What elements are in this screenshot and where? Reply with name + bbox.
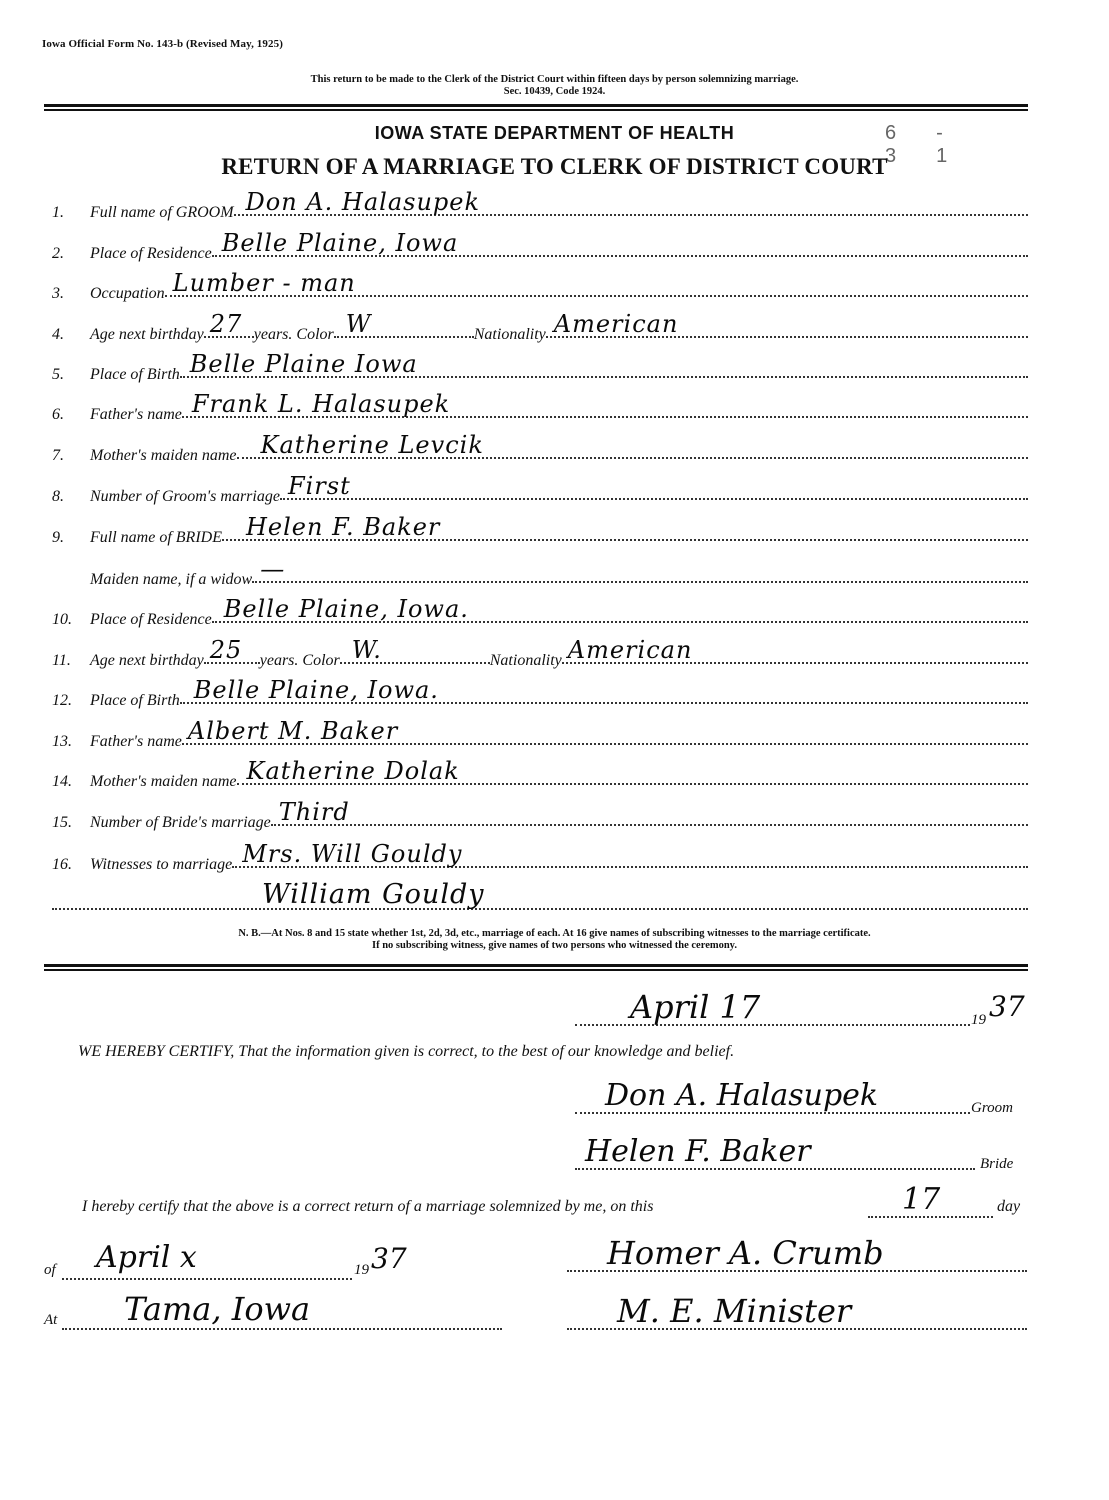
field-value: Katherine Dolak [247, 757, 460, 785]
witness-1-input[interactable]: Mrs. Will Gouldy [232, 864, 1028, 868]
field-bride-birthplace: 12. Place of Birth Belle Plaine, Iowa. [52, 674, 1028, 710]
field-number: 3. [52, 285, 90, 303]
field-witnesses: 16. Witnesses to marriage Mrs. Will Goul… [52, 838, 1028, 874]
field-label: Father's name [90, 733, 182, 751]
field-label: Full name of GROOM [90, 204, 234, 222]
officiant-title: M. E. Minister [617, 1292, 851, 1330]
groom-name-input[interactable]: Don A. Halasupek [234, 212, 1028, 216]
field-groom-father: 6. Father's name Frank L. Halasupek [52, 388, 1028, 424]
field-label: Age next birthday [90, 652, 204, 670]
field-number: 13. [52, 733, 90, 751]
field-label: Occupation [90, 285, 165, 303]
certify-statement: WE HEREBY CERTIFY, That the information … [78, 1043, 734, 1061]
bride-name-input[interactable]: Helen F. Baker [222, 537, 1028, 541]
groom-marriage-number-input[interactable]: First [280, 496, 1028, 500]
field-label: Nationality [474, 326, 546, 344]
field-value: Helen F. Baker [246, 513, 440, 541]
field-label: Place of Residence [90, 611, 212, 629]
groom-label: Groom [971, 1100, 1013, 1117]
field-value: First [288, 472, 351, 500]
groom-age-input[interactable]: 27 [204, 334, 254, 338]
field-bride-age: 11. Age next birthday 25 years. Color W.… [52, 634, 1028, 670]
field-label: Mother's maiden name [90, 773, 237, 791]
return-note: This return to be made to the Clerk of t… [0, 74, 1109, 98]
field-value: Belle Plaine Iowa [190, 350, 418, 378]
officiant-statement: I hereby certify that the above is a cor… [82, 1198, 653, 1216]
officiant-title-row: M. E. Minister [567, 1290, 1027, 1335]
note-line2: If no subscribing witness, give names of… [0, 940, 1109, 952]
field-value: American [568, 636, 693, 664]
year-value: 37 [989, 990, 1025, 1023]
groom-signature-row: Don A. Halasupek Groom [575, 1082, 1035, 1122]
field-label: Father's name [90, 406, 182, 424]
at-label: At [44, 1312, 57, 1329]
field-label: Place of Birth [90, 366, 180, 384]
field-value: Belle Plaine, Iowa. [224, 595, 469, 623]
officiant-statement-row: I hereby certify that the above is a cor… [82, 1196, 1032, 1226]
field-label: Age next birthday [90, 326, 204, 344]
bride-age-input[interactable]: 25 [204, 660, 260, 664]
date-value: April 17 [630, 988, 760, 1026]
field-number: 11. [52, 652, 90, 670]
month-line[interactable] [62, 1278, 352, 1280]
field-witness-2: William Gouldy [52, 880, 1028, 916]
field-value: — [260, 555, 285, 583]
return-note-line1: This return to be made to the Clerk of t… [0, 74, 1109, 86]
field-label: Number of Bride's marriage [90, 814, 271, 832]
field-groom-residence: 2. Place of Residence Belle Plaine, Iowa [52, 227, 1028, 263]
field-bride-maiden-name: Maiden name, if a widow — [52, 553, 1028, 589]
officiant-signature-row: Homer A. Crumb [567, 1232, 1027, 1277]
field-groom-occupation: 3. Occupation Lumber - man [52, 267, 1028, 303]
field-value: 25 [210, 636, 243, 664]
bride-residence-input[interactable]: Belle Plaine, Iowa. [212, 619, 1028, 623]
field-value: William Gouldy [262, 879, 485, 910]
field-number: 16. [52, 856, 90, 874]
certification-date: April 17 19 37 [575, 994, 1035, 1034]
field-bride-residence: 10. Place of Residence Belle Plaine, Iow… [52, 593, 1028, 629]
instructions-note: N. B.—At Nos. 8 and 15 state whether 1st… [0, 928, 1109, 952]
return-note-line2: Sec. 10439, Code 1924. [0, 86, 1109, 98]
form-number: Iowa Official Form No. 143-b (Revised Ma… [42, 38, 283, 50]
field-bride-father: 13. Father's name Albert M. Baker [52, 715, 1028, 751]
groom-mother-input[interactable]: Katherine Levcik [237, 455, 1028, 459]
field-value: Third [279, 798, 350, 826]
bride-marriage-number-input[interactable]: Third [271, 822, 1028, 826]
field-label: Place of Residence [90, 245, 212, 263]
field-number: 4. [52, 326, 90, 344]
field-value: Katherine Levcik [261, 431, 484, 459]
field-value: Belle Plaine, Iowa [222, 229, 459, 257]
officiant-year-prefix: 19 [354, 1262, 369, 1279]
field-number: 2. [52, 245, 90, 263]
field-value: 27 [210, 310, 243, 338]
year-prefix: 19 [971, 1012, 986, 1029]
month-value: April x [96, 1240, 197, 1275]
field-value: Frank L. Halasupek [192, 390, 450, 418]
groom-color-input[interactable]: W [334, 334, 474, 338]
field-number: 6. [52, 406, 90, 424]
field-number: 8. [52, 488, 90, 506]
place-value: Tama, Iowa [124, 1290, 310, 1328]
field-label: years. Color [260, 652, 340, 670]
field-number: 15. [52, 814, 90, 832]
witness-2-input[interactable]: William Gouldy [52, 906, 1028, 910]
bride-signature: Helen F. Baker [585, 1134, 811, 1169]
field-value: Albert M. Baker [188, 717, 398, 745]
field-label: Witnesses to marriage [90, 856, 232, 874]
note-line1: N. B.—At Nos. 8 and 15 state whether 1st… [0, 928, 1109, 940]
page-title: RETURN OF A MARRIAGE TO CLERK OF DISTRIC… [0, 154, 1109, 180]
bride-label: Bride [980, 1156, 1013, 1173]
field-number: 12. [52, 692, 90, 710]
field-groom-marriage-number: 8. Number of Groom's marriage First [52, 470, 1028, 506]
field-label: Place of Birth [90, 692, 180, 710]
field-value: Belle Plaine, Iowa. [194, 676, 439, 704]
field-number: 7. [52, 447, 90, 465]
officiant-year-value: 37 [371, 1242, 407, 1275]
field-value: Mrs. Will Gouldy [242, 840, 462, 868]
of-label: of [44, 1262, 56, 1279]
field-groom-name: 1. Full name of GROOM Don A. Halasupek [52, 186, 1028, 222]
field-value: W. [352, 636, 382, 664]
place-line[interactable] [62, 1328, 502, 1330]
groom-birthplace-input[interactable]: Belle Plaine Iowa [180, 374, 1028, 378]
groom-signature: Don A. Halasupek [605, 1078, 878, 1113]
groom-occupation-input[interactable]: Lumber - man [165, 293, 1028, 297]
note-divider [44, 964, 1028, 971]
field-groom-mother: 7. Mother's maiden name Katherine Levcik [52, 429, 1028, 465]
day-value: 17 [902, 1182, 940, 1217]
field-groom-birthplace: 5. Place of Birth Belle Plaine Iowa [52, 348, 1028, 384]
bride-color-input[interactable]: W. [340, 660, 490, 664]
field-bride-marriage-number: 15. Number of Bride's marriage Third [52, 796, 1028, 832]
header-divider [44, 104, 1028, 111]
field-number: 9. [52, 529, 90, 547]
field-value: Lumber - man [173, 269, 356, 297]
groom-nationality-input[interactable]: American [546, 334, 1028, 338]
bride-signature-row: Helen F. Baker Bride [575, 1138, 1035, 1178]
field-groom-age: 4. Age next birthday 27 years. Color W N… [52, 308, 1028, 344]
field-label: Nationality [490, 652, 562, 670]
field-value: W [346, 310, 372, 338]
field-bride-name: 9. Full name of BRIDE Helen F. Baker [52, 511, 1028, 547]
field-label: Maiden name, if a widow [90, 571, 252, 589]
bride-father-input[interactable]: Albert M. Baker [182, 741, 1028, 745]
field-number: 1. [52, 204, 90, 222]
field-label: years. Color [254, 326, 334, 344]
field-value: Don A. Halasupek [246, 188, 480, 216]
day-label: day [997, 1198, 1020, 1216]
officiant-date-row: of April x 19 37 [44, 1240, 464, 1280]
field-label: Number of Groom's marriage [90, 488, 280, 506]
bride-maiden-name-input[interactable]: — [252, 579, 1028, 583]
field-label: Mother's maiden name [90, 447, 237, 465]
groom-father-input[interactable]: Frank L. Halasupek [182, 414, 1028, 418]
field-number: 10. [52, 611, 90, 629]
field-bride-mother: 14. Mother's maiden name Katherine Dolak [52, 755, 1028, 791]
field-number: 5. [52, 366, 90, 384]
field-value: American [554, 310, 679, 338]
field-number: 14. [52, 773, 90, 791]
officiant-signature: Homer A. Crumb [607, 1234, 884, 1272]
bride-mother-input[interactable]: Katherine Dolak [237, 781, 1028, 785]
officiant-place-row: At Tama, Iowa [44, 1290, 464, 1330]
bride-nationality-input[interactable]: American [562, 660, 1028, 664]
field-label: Full name of BRIDE [90, 529, 222, 547]
bride-birthplace-input[interactable]: Belle Plaine, Iowa. [180, 700, 1028, 704]
groom-residence-input[interactable]: Belle Plaine, Iowa [212, 253, 1028, 257]
